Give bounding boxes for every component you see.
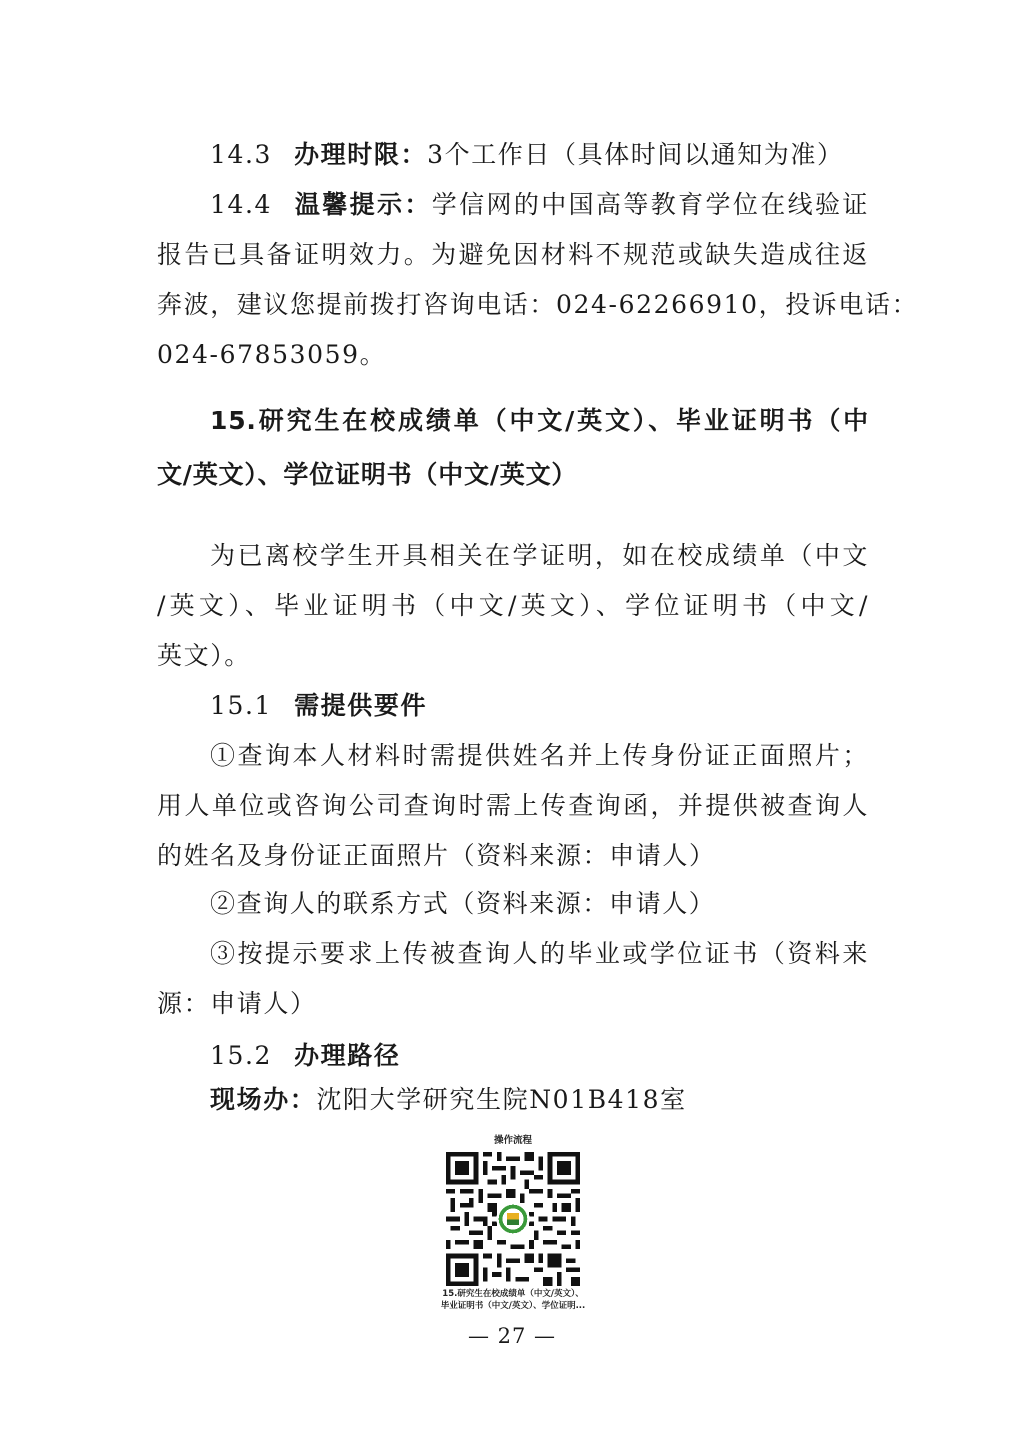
requirement-3-line-1: ③按提示要求上传被查询人的毕业或学位证书（资料来	[210, 939, 869, 969]
item-title: 需提供要件	[294, 691, 427, 720]
section-15-intro-line-2: /英文）、毕业证明书（中文/英文）、学位证明书（中文/	[157, 591, 869, 621]
item-title: 办理路径	[294, 1041, 400, 1070]
requirement-1-line-3: 的姓名及身份证正面照片（资料来源：申请人）	[157, 841, 869, 871]
qr-caption-line-2: 毕业证明书（中文/英文）、学位证明...	[420, 1300, 606, 1312]
item-number: 15.1	[210, 691, 272, 720]
onsite-label: 现场办：	[210, 1085, 316, 1114]
qr-caption-line-1: 15.研究生在校成绩单（中文/英文）、	[420, 1288, 606, 1300]
qr-title: 操作流程	[420, 1134, 606, 1148]
requirement-2: ②查询人的联系方式（资料来源：申请人）	[210, 889, 922, 919]
section-15-heading-line-2: 文/英文）、学位证明书（中文/英文）	[157, 460, 869, 490]
section-15-heading-line-1: 15.研究生在校成绩单（中文/英文）、毕业证明书（中	[210, 406, 869, 436]
item-label: 温馨提示：	[294, 190, 432, 219]
item-text: 学信网的中国高等教育学位在线验证	[432, 190, 869, 219]
item-15-2-title: 15.2办理路径	[210, 1041, 922, 1071]
item-14-3: 14.3办理时限：3个工作日（具体时间以通知为准）	[210, 140, 922, 170]
qr-code-icon[interactable]	[446, 1152, 580, 1286]
requirement-1-line-2: 用人单位或咨询公司查询时需上传查询函，并提供被查询人	[157, 791, 869, 821]
item-14-4-line-3: 奔波，建议您提前拨打咨询电话：024-62266910，投诉电话：	[157, 290, 869, 320]
item-label: 办理时限：	[294, 140, 427, 169]
item-14-4-line-4: 024-67853059。	[157, 340, 869, 370]
item-number: 14.4	[210, 190, 272, 219]
section-15-intro-line-3: 英文）。	[157, 641, 869, 671]
page-number: — 27 —	[0, 1324, 1024, 1348]
item-15-1-title: 15.1需提供要件	[210, 691, 922, 721]
item-14-4-line-1: 14.4温馨提示：学信网的中国高等教育学位在线验证	[210, 190, 869, 220]
item-number: 14.3	[210, 140, 272, 169]
qr-block: 操作流程	[420, 1134, 606, 1312]
section-15-intro-line-1: 为已离校学生开具相关在学证明，如在校成绩单（中文	[210, 541, 869, 571]
item-number: 15.2	[210, 1041, 272, 1070]
onsite-location: 现场办：沈阳大学研究生院N01B418室	[210, 1085, 922, 1115]
onsite-text: 沈阳大学研究生院N01B418室	[316, 1085, 686, 1114]
requirement-3-line-2: 源：申请人）	[157, 989, 869, 1019]
item-14-4-line-2: 报告已具备证明效力。为避免因材料不规范或缺失造成往返	[157, 240, 869, 270]
item-text: 3个工作日（具体时间以通知为准）	[427, 140, 844, 169]
requirement-1-line-1: ①查询本人材料时需提供姓名并上传身份证正面照片；	[210, 741, 869, 771]
